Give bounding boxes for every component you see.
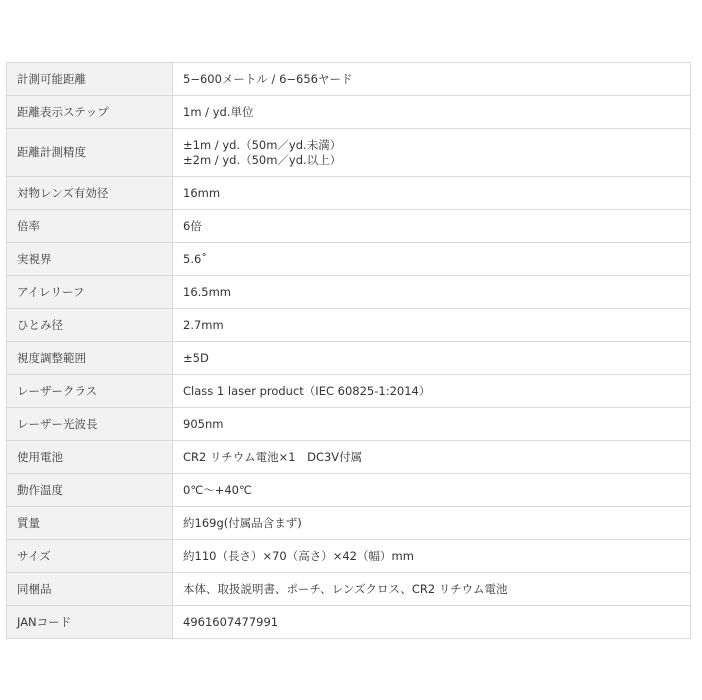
value-line: 1m / yd.単位 bbox=[183, 105, 690, 120]
table-row: 質量 約169g(付属品含まず) bbox=[7, 507, 691, 540]
row-label-magnification: 倍率 bbox=[7, 210, 173, 243]
table-row: 同梱品 本体、取扱説明書、ポーチ、レンズクロス、CR2 リチウム電池 bbox=[7, 573, 691, 606]
row-label-eye-relief: アイレリーフ bbox=[7, 276, 173, 309]
table-row: 計測可能距離 5−600メートル / 6−656ヤード bbox=[7, 63, 691, 96]
row-label-laser-class: レーザークラス bbox=[7, 375, 173, 408]
value-line: 0℃～+40℃ bbox=[183, 483, 690, 498]
row-value-objective-lens: 16mm bbox=[173, 177, 691, 210]
row-value-magnification: 6倍 bbox=[173, 210, 691, 243]
value-line: 4961607477991 bbox=[183, 615, 690, 630]
table-row: 視度調整範囲 ±5D bbox=[7, 342, 691, 375]
value-line: 約110（長さ）×70（高さ）×42（幅）mm bbox=[183, 549, 690, 564]
row-label-display-step: 距離表示ステップ bbox=[7, 96, 173, 129]
value-line: 5.6˚ bbox=[183, 252, 690, 267]
value-line: 約169g(付属品含まず) bbox=[183, 516, 690, 531]
row-label-jan-code: JANコード bbox=[7, 606, 173, 639]
value-line: 16.5mm bbox=[183, 285, 690, 300]
row-value-accuracy: ±1m / yd.（50m／yd.未満） ±2m / yd.（50m／yd.以上… bbox=[173, 129, 691, 177]
value-line: ±2m / yd.（50m／yd.以上） bbox=[183, 153, 690, 168]
spec-table-body: 計測可能距離 5−600メートル / 6−656ヤード 距離表示ステップ 1m … bbox=[7, 63, 691, 639]
table-row: レーザークラス Class 1 laser product（IEC 60825-… bbox=[7, 375, 691, 408]
value-line: 905nm bbox=[183, 417, 690, 432]
row-value-included: 本体、取扱説明書、ポーチ、レンズクロス、CR2 リチウム電池 bbox=[173, 573, 691, 606]
table-row: ひとみ径 2.7mm bbox=[7, 309, 691, 342]
table-row: サイズ 約110（長さ）×70（高さ）×42（幅）mm bbox=[7, 540, 691, 573]
row-value-operating-temp: 0℃～+40℃ bbox=[173, 474, 691, 507]
table-row: 倍率 6倍 bbox=[7, 210, 691, 243]
value-line: ±5D bbox=[183, 351, 690, 366]
row-label-field-of-view: 実視界 bbox=[7, 243, 173, 276]
value-line: 5−600メートル / 6−656ヤード bbox=[183, 72, 690, 87]
row-label-wavelength: レーザー光波長 bbox=[7, 408, 173, 441]
table-row: レーザー光波長 905nm bbox=[7, 408, 691, 441]
row-label-diopter: 視度調整範囲 bbox=[7, 342, 173, 375]
value-line: ±1m / yd.（50m／yd.未満） bbox=[183, 138, 690, 153]
row-label-operating-temp: 動作温度 bbox=[7, 474, 173, 507]
row-value-laser-class: Class 1 laser product（IEC 60825-1:2014） bbox=[173, 375, 691, 408]
table-row: 対物レンズ有効径 16mm bbox=[7, 177, 691, 210]
row-value-field-of-view: 5.6˚ bbox=[173, 243, 691, 276]
row-label-accuracy: 距離計測精度 bbox=[7, 129, 173, 177]
row-value-display-step: 1m / yd.単位 bbox=[173, 96, 691, 129]
row-value-jan-code: 4961607477991 bbox=[173, 606, 691, 639]
row-value-weight: 約169g(付属品含まず) bbox=[173, 507, 691, 540]
row-value-exit-pupil: 2.7mm bbox=[173, 309, 691, 342]
value-line: CR2 リチウム電池×1 DC3V付属 bbox=[183, 450, 690, 465]
row-value-battery: CR2 リチウム電池×1 DC3V付属 bbox=[173, 441, 691, 474]
spec-table: 計測可能距離 5−600メートル / 6−656ヤード 距離表示ステップ 1m … bbox=[6, 62, 691, 639]
row-label-measurable-distance: 計測可能距離 bbox=[7, 63, 173, 96]
value-line: Class 1 laser product（IEC 60825-1:2014） bbox=[183, 384, 690, 399]
table-row: 実視界 5.6˚ bbox=[7, 243, 691, 276]
row-value-eye-relief: 16.5mm bbox=[173, 276, 691, 309]
value-line: 6倍 bbox=[183, 219, 690, 234]
row-value-wavelength: 905nm bbox=[173, 408, 691, 441]
row-label-battery: 使用電池 bbox=[7, 441, 173, 474]
row-value-diopter: ±5D bbox=[173, 342, 691, 375]
row-label-objective-lens: 対物レンズ有効径 bbox=[7, 177, 173, 210]
row-value-measurable-distance: 5−600メートル / 6−656ヤード bbox=[173, 63, 691, 96]
table-row: 距離表示ステップ 1m / yd.単位 bbox=[7, 96, 691, 129]
table-row: JANコード 4961607477991 bbox=[7, 606, 691, 639]
value-line: 16mm bbox=[183, 186, 690, 201]
row-label-weight: 質量 bbox=[7, 507, 173, 540]
table-row: 使用電池 CR2 リチウム電池×1 DC3V付属 bbox=[7, 441, 691, 474]
row-value-size: 約110（長さ）×70（高さ）×42（幅）mm bbox=[173, 540, 691, 573]
value-line: 本体、取扱説明書、ポーチ、レンズクロス、CR2 リチウム電池 bbox=[183, 582, 690, 597]
table-row: アイレリーフ 16.5mm bbox=[7, 276, 691, 309]
table-row: 距離計測精度 ±1m / yd.（50m／yd.未満） ±2m / yd.（50… bbox=[7, 129, 691, 177]
row-label-size: サイズ bbox=[7, 540, 173, 573]
table-row: 動作温度 0℃～+40℃ bbox=[7, 474, 691, 507]
value-line: 2.7mm bbox=[183, 318, 690, 333]
row-label-included: 同梱品 bbox=[7, 573, 173, 606]
row-label-exit-pupil: ひとみ径 bbox=[7, 309, 173, 342]
